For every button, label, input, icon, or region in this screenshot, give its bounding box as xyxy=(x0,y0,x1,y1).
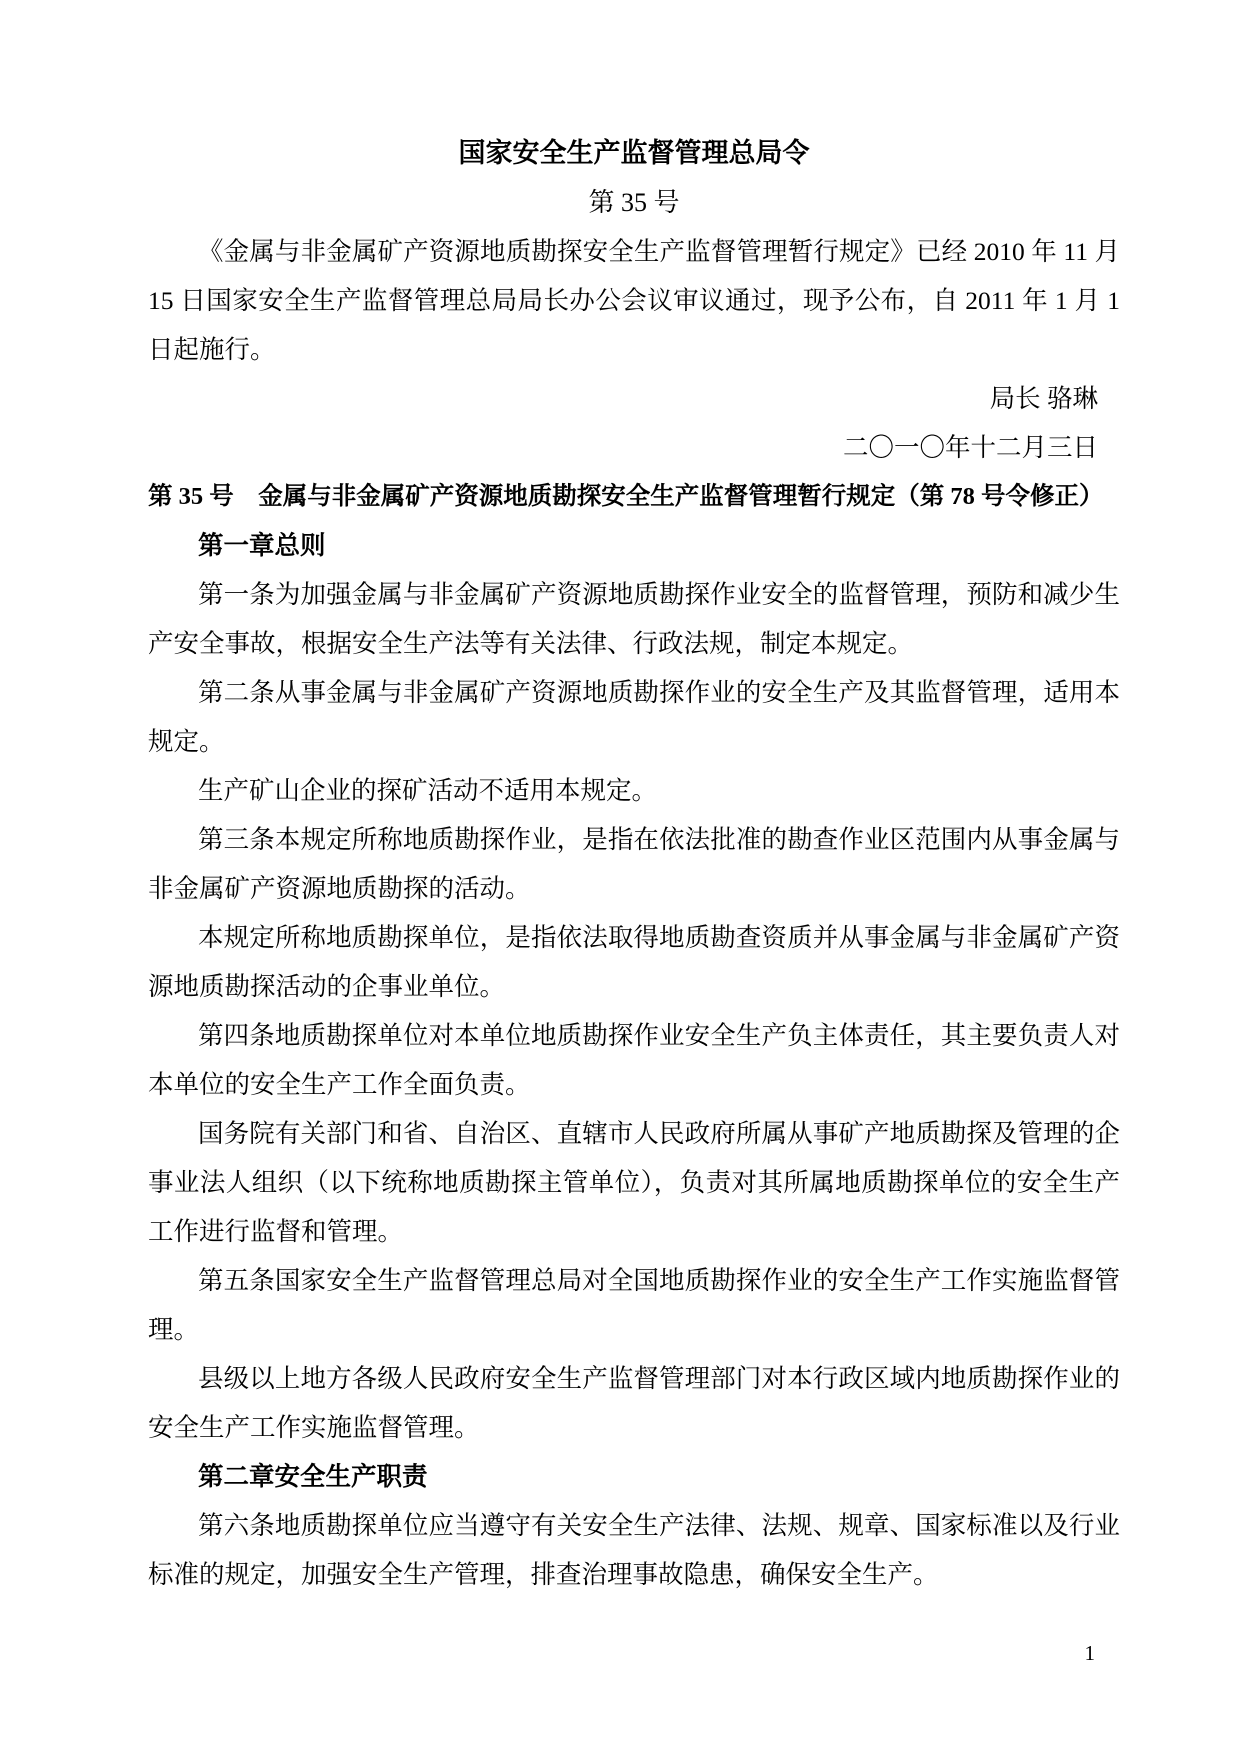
page-number: 1 xyxy=(1085,1638,1096,1668)
order-number: 第 35 号 xyxy=(148,178,1120,227)
article-paragraph: 生产矿山企业的探矿活动不适用本规定。 xyxy=(148,766,1120,815)
document-title: 国家安全生产监督管理总局令 xyxy=(148,129,1120,178)
article-paragraph: 第六条地质勘探单位应当遵守有关安全生产法律、法规、规章、国家标准以及行业标准的规… xyxy=(148,1501,1120,1599)
regulation-title: 第 35 号 金属与非金属矿产资源地质勘探安全生产监督管理暂行规定（第 78 号… xyxy=(148,472,1120,521)
chapter-1-heading: 第一章总则 xyxy=(148,521,1120,570)
signature-date: 二〇一〇年十二月三日 xyxy=(148,423,1120,472)
article-paragraph: 第一条为加强金属与非金属矿产资源地质勘探作业安全的监督管理，预防和减少生产安全事… xyxy=(148,570,1120,668)
article-paragraph: 第四条地质勘探单位对本单位地质勘探作业安全生产负主体责任，其主要负责人对本单位的… xyxy=(148,1011,1120,1109)
document-page: 国家安全生产监督管理总局令 第 35 号 《金属与非金属矿产资源地质勘探安全生产… xyxy=(0,0,1241,1754)
article-paragraph: 国务院有关部门和省、自治区、直辖市人民政府所属从事矿产地质勘探及管理的企事业法人… xyxy=(148,1109,1120,1256)
preamble-paragraph: 《金属与非金属矿产资源地质勘探安全生产监督管理暂行规定》已经 2010 年 11… xyxy=(148,227,1120,374)
chapter-2-heading: 第二章安全生产职责 xyxy=(148,1452,1120,1501)
article-paragraph: 县级以上地方各级人民政府安全生产监督管理部门对本行政区域内地质勘探作业的安全生产… xyxy=(148,1354,1120,1452)
article-paragraph: 第五条国家安全生产监督管理总局对全国地质勘探作业的安全生产工作实施监督管理。 xyxy=(148,1256,1120,1354)
article-paragraph: 本规定所称地质勘探单位，是指依法取得地质勘查资质并从事金属与非金属矿产资源地质勘… xyxy=(148,913,1120,1011)
signature-line: 局长 骆琳 xyxy=(148,374,1120,423)
article-paragraph: 第三条本规定所称地质勘探作业，是指在依法批准的勘查作业区范围内从事金属与非金属矿… xyxy=(148,815,1120,913)
article-paragraph: 第二条从事金属与非金属矿产资源地质勘探作业的安全生产及其监督管理，适用本规定。 xyxy=(148,668,1120,766)
document-content: 国家安全生产监督管理总局令 第 35 号 《金属与非金属矿产资源地质勘探安全生产… xyxy=(148,129,1120,1599)
